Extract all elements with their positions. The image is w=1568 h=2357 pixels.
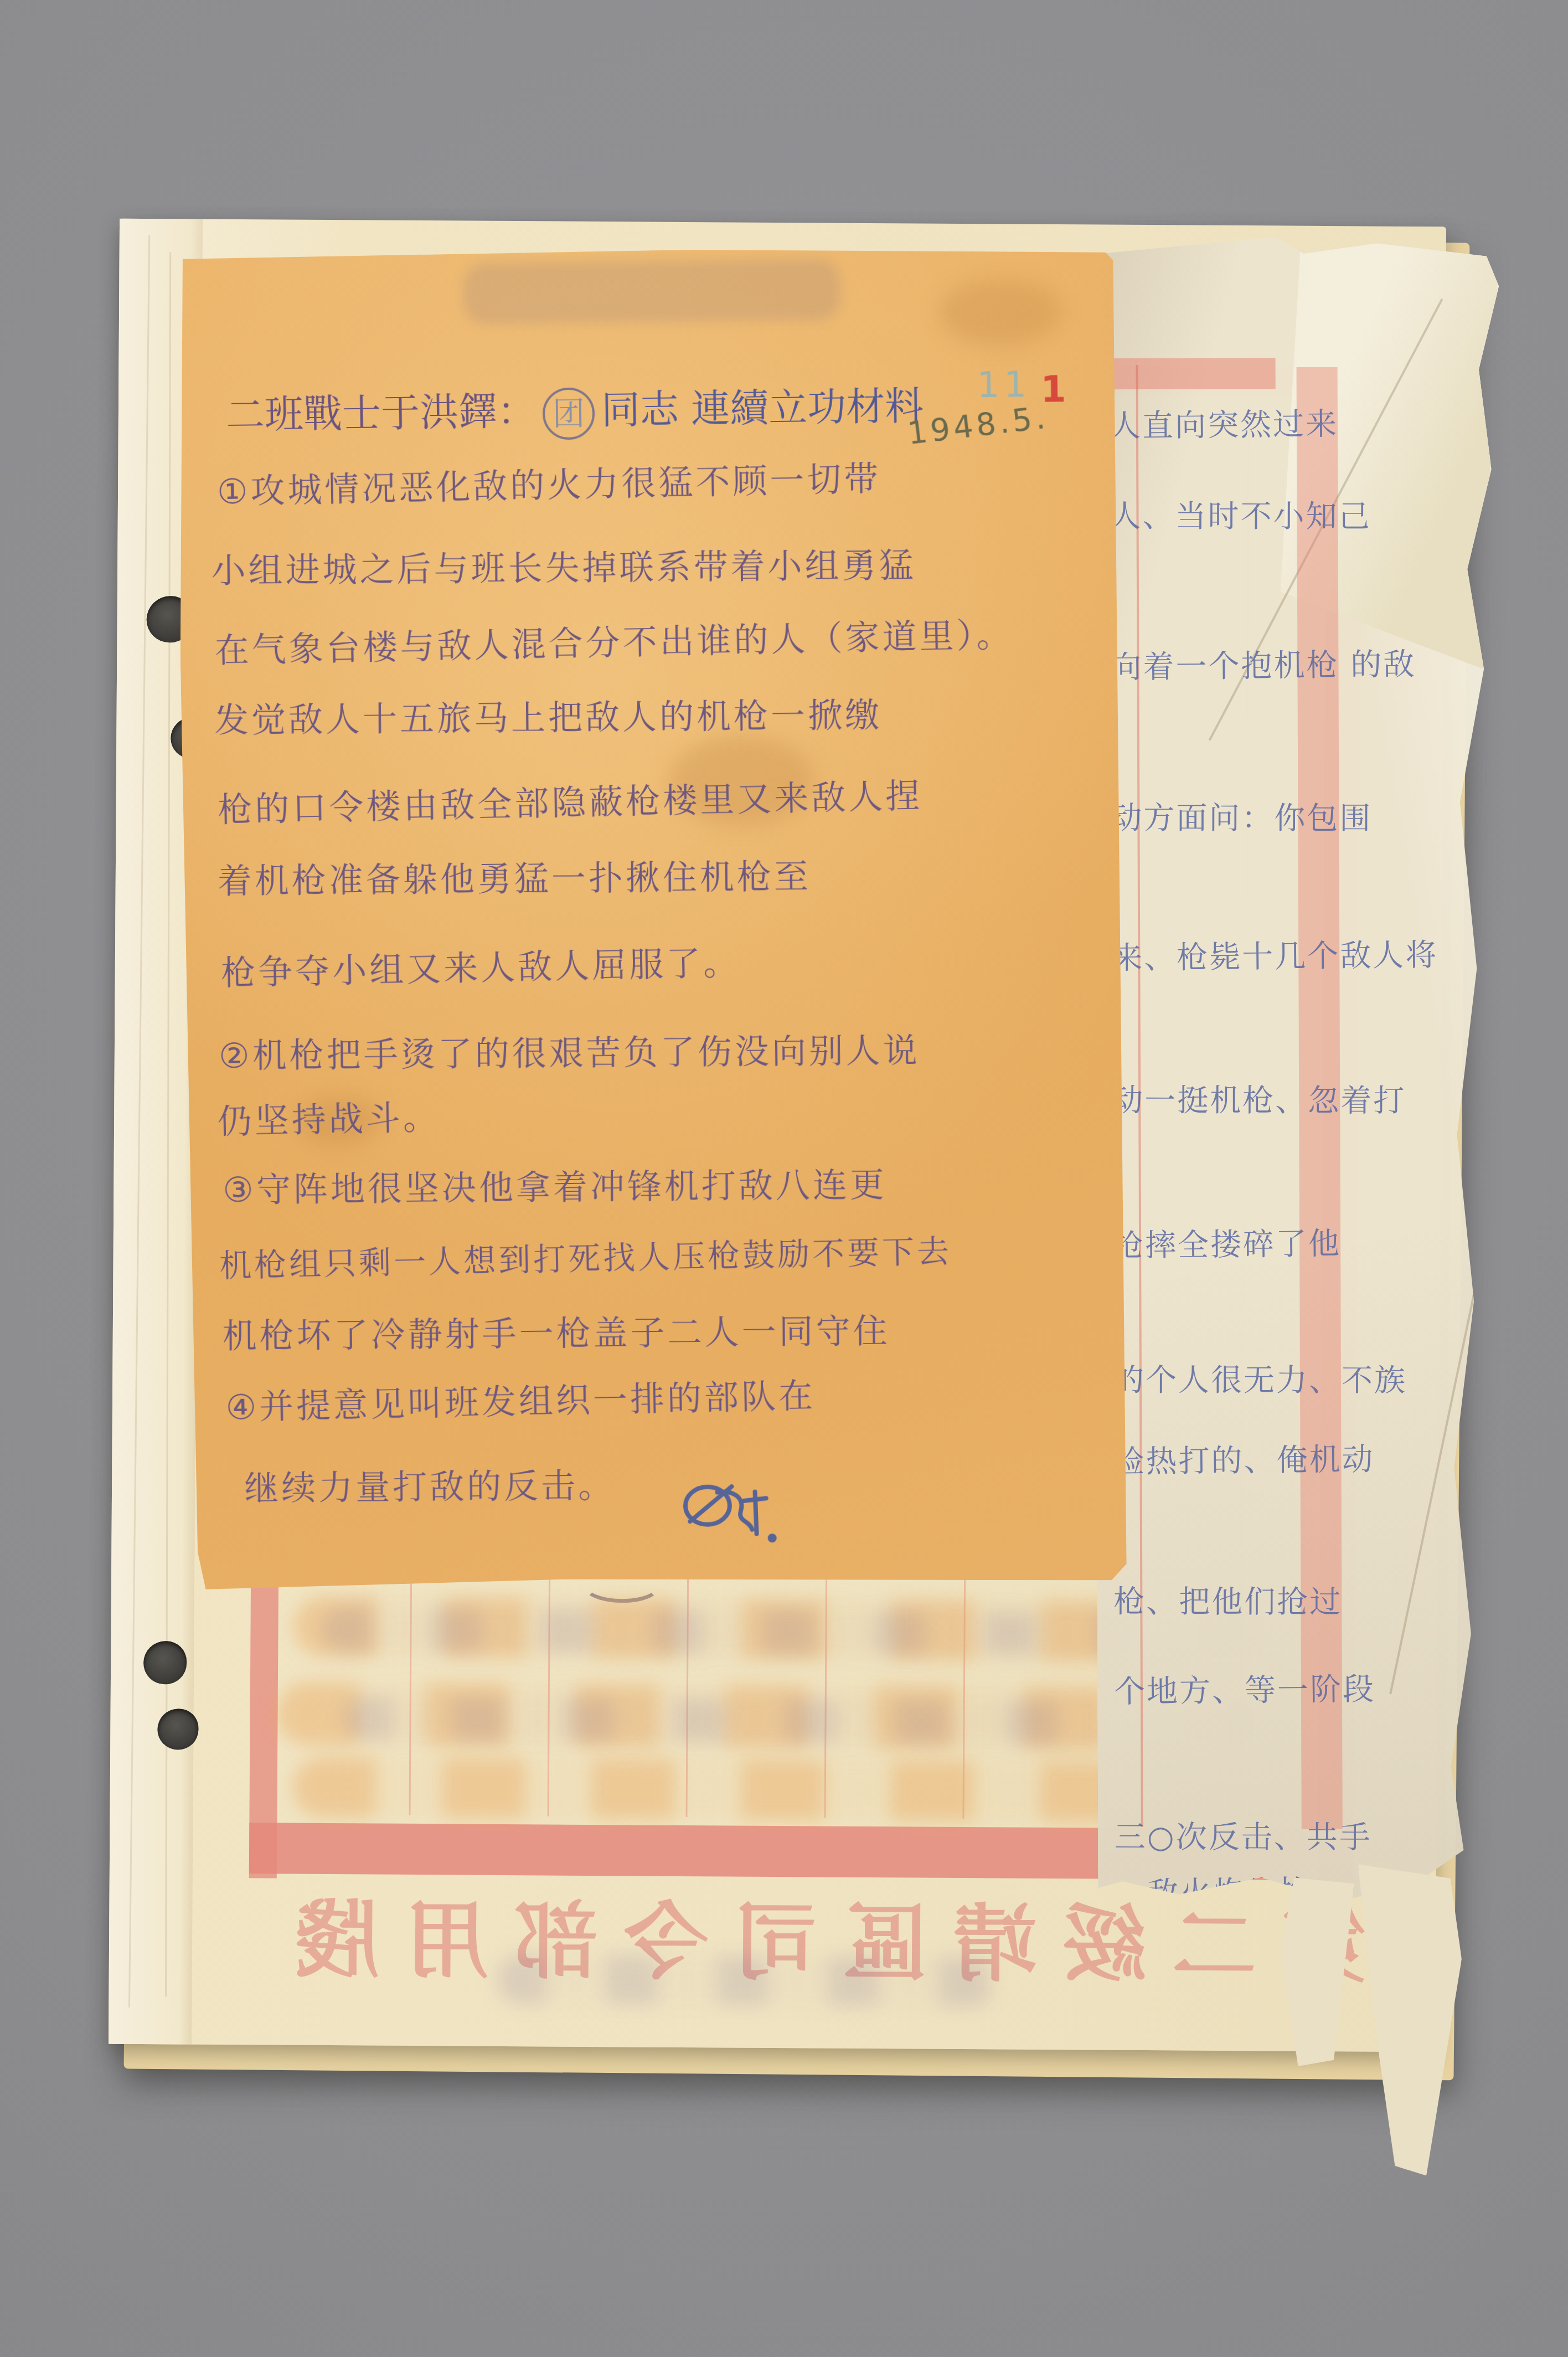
punch-hole (143, 1641, 187, 1684)
handwriting-fragment: 人、当时不小知己 (1110, 492, 1371, 537)
signature-scrawl (678, 1467, 785, 1551)
date: 1948.5. (905, 399, 1050, 452)
handwriting-fragment: 枪摔全搂碎了他 (1112, 1219, 1342, 1265)
pencil-smudge (463, 259, 840, 325)
handwriting-line: 仍坚持战斗。 (217, 1090, 441, 1144)
crumpled-sheet: 人直向突然过来 人、当时不小知己 向着一个抱机枪 的敌 动方面问：你包围 来、枪… (1092, 236, 1504, 1902)
handwriting-fragment: 动方面问：你包围 (1111, 794, 1372, 838)
handwriting-fragment: 捡热打的、俺机动 (1113, 1435, 1375, 1482)
ink-bleed-smudge (496, 1954, 995, 2007)
handwriting-line: 机枪坏了冷静射手一枪盖子二人一同守住 (222, 1304, 890, 1358)
handwriting-fragment: 来、枪毙十几个敌人将 (1111, 930, 1438, 978)
handwriting-line: 着机枪准备躲他勇猛一扑揪住机枪至 (218, 849, 812, 903)
handwriting-fragment: 枪、把他们抢过 (1113, 1577, 1342, 1622)
title-name: 二班戰士于洪鐸： (226, 389, 537, 438)
orange-note-sheet: 11 1 二班戰士于洪鐸：团同志 連續立功材料 1948.5. ①攻城情况恶化敌… (175, 244, 1130, 1592)
handwriting-fragment: 动一挺机枪、忽着打 (1112, 1076, 1406, 1121)
handwriting-fragment: 向着一个抱机枪 的敌 (1110, 640, 1416, 687)
paper-stain (940, 278, 1062, 346)
handwriting-line: ①攻城情况恶化敌的火力很猛不顾一切带 (216, 451, 881, 513)
handwriting-line: 小组进城之后与班长失掉联系带着小组勇猛 (211, 538, 916, 593)
handwriting-fragment: 三○次反击、共手 (1115, 1813, 1372, 1857)
title-line: 二班戰士于洪鐸：团同志 連續立功材料 (225, 375, 924, 444)
photograph-of-document: 第二綏靖區司令部用牋 人直向突然过来 人、当时不小知己 向着一个抱机枪 的敌 动… (0, 0, 1568, 2357)
red-rule-top (1093, 358, 1276, 389)
handwriting-line: 在气象台楼与敌人混合分不出谁的人（家道里）。 (214, 607, 1014, 672)
handwriting-fragment: 人直向突然过来 (1110, 399, 1339, 446)
title-circled-char: 团 (542, 387, 595, 440)
handwriting-fragment: 的个人很无力、不族 (1113, 1356, 1407, 1401)
page-number-pencil: 11 (977, 364, 1031, 406)
punch-hole (157, 1708, 198, 1749)
handwriting-line: 机枪组只剩一人想到打死找人压枪鼓励不要下去 (219, 1225, 952, 1286)
title-annotation: 同志 連續立功材料 (601, 384, 924, 434)
handwriting-line: 继续力量打敌的反击。 (244, 1458, 616, 1510)
handwriting-line: 枪的口令楼由敌全部隐蔽枪楼里又来敌人捏 (217, 768, 923, 832)
handwriting-line: 枪争夺小组又来人敌人屈服了。 (220, 935, 741, 995)
handwriting-line: 发觉敌人十五旅马上把敌人的机枪一掀缴 (214, 688, 883, 742)
handwriting-line: ②机枪把手烫了的很艰苦负了伤没向别人说 (219, 1023, 920, 1078)
handwriting-line: ④并提意见叫班发组织一排的部队在 (225, 1368, 816, 1429)
handwriting-line: ③守阵地很坚决他拿着冲锋机打敌八连更 (223, 1157, 887, 1212)
handwriting-fragment: 个地方、等一阶段 (1113, 1665, 1375, 1712)
